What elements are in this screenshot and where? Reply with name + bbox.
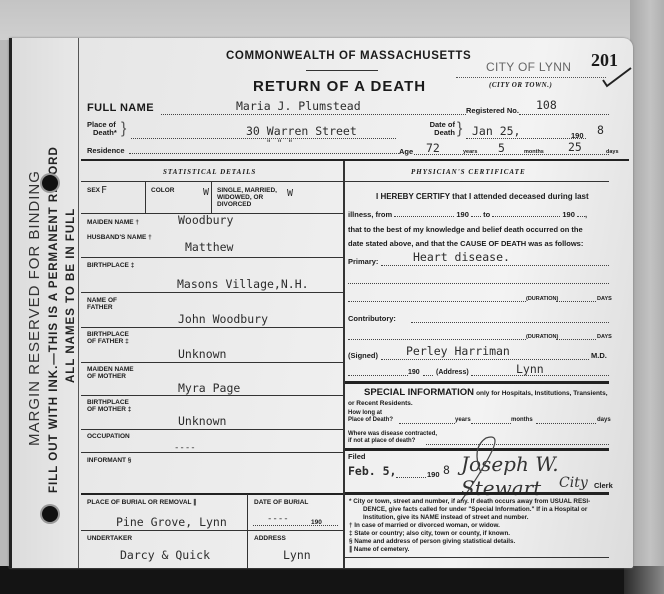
maiden-name-label: MAIDEN NAME † [87, 219, 139, 226]
footnote-1: * City or town, street and number, if an… [349, 498, 590, 506]
duration-line [348, 339, 526, 340]
row-divider [81, 362, 343, 363]
death-certificate: MARGIN RESERVED FOR BINDING FILL OUT WIT… [9, 38, 633, 568]
age-line [414, 154, 609, 155]
city-line [456, 77, 606, 78]
row-divider [81, 181, 343, 182]
footnote-4: § Name and address of person giving stat… [349, 538, 515, 546]
burial-place-value: Pine Grove, Lynn [116, 515, 227, 529]
section-divider [345, 492, 609, 495]
row-divider [345, 557, 609, 558]
row-divider [81, 530, 343, 531]
sex-label: SEX [87, 187, 100, 194]
contributory-label: Contributory: [348, 314, 396, 323]
margin-reserved-text: MARGIN RESERVED FOR BINDING [26, 170, 43, 446]
registered-no-label: Registered No. [466, 106, 519, 115]
place-of-death-value: 30 Warren Street [246, 124, 357, 138]
row-divider [81, 395, 343, 396]
row-divider [81, 327, 343, 328]
section-divider [81, 159, 629, 161]
physician-year-label: 190 [408, 369, 420, 376]
cell-divider [247, 494, 248, 568]
filed-label: Filed [348, 452, 366, 461]
punch-hole-icon [42, 175, 58, 191]
section-divider [81, 493, 343, 495]
physician-certificate-caption: PHYSICIAN'S CERTIFICATE [411, 168, 526, 176]
certify-line-3: that to the best of my knowledge and bel… [348, 225, 583, 234]
color-value: W [203, 187, 209, 198]
primary-cause-value: Heart disease. [413, 250, 510, 264]
row-divider [81, 452, 343, 453]
registered-no-value: 108 [536, 98, 557, 112]
physician-signature: Perley Harriman [406, 344, 510, 358]
filed-year-prefix: 190 [427, 470, 440, 479]
filed-line [396, 477, 426, 478]
mother-birthplace-value: Unknown [178, 414, 226, 428]
duration-days-line [556, 339, 596, 340]
md-label: M.D. [591, 351, 607, 360]
place-of-death-line [131, 138, 396, 139]
statistical-details-caption: STATISTICAL DETAILS [163, 168, 256, 176]
fill-out-instruction: FILL OUT WITH INK.—THIS IS A PERMANENT R… [48, 146, 60, 493]
duration-label: (DURATION) [526, 296, 558, 302]
color-label: COLOR [151, 187, 174, 194]
age-label: Age [399, 147, 413, 156]
cell-divider [145, 181, 146, 213]
column-divider [343, 161, 345, 568]
date-of-death-line [466, 138, 586, 139]
father-name-label: NAME OF FATHER [87, 297, 117, 311]
certify-line-4: date stated above, and that the CAUSE OF… [348, 239, 583, 248]
mother-birthplace-label: BIRTHPLACE OF MOTHER ‡ [87, 399, 131, 413]
full-name-line [161, 114, 466, 115]
father-name-value: John Woodbury [178, 312, 268, 326]
physician-address-value: Lynn [516, 362, 544, 376]
husband-name-value: Matthew [185, 240, 233, 254]
sex-value: F [101, 185, 107, 196]
duration-days-label: DAYS [597, 296, 612, 302]
how-long-years-line [399, 423, 455, 424]
how-long-days-label: days [597, 417, 611, 423]
city-name: CITY OF LYNN [486, 60, 571, 74]
scan-background-corner [624, 566, 664, 594]
place-of-death-label: Place of Death* [87, 121, 117, 137]
binding-margin: MARGIN RESERVED FOR BINDING FILL OUT WIT… [9, 38, 79, 568]
date-year-suffix: 8 [597, 123, 604, 137]
primary-cause-line [381, 265, 609, 266]
registered-no-line [519, 114, 609, 115]
full-name-value: Maria J. Plumstead [236, 99, 361, 113]
residence-line [129, 153, 399, 154]
father-birthplace-label: BIRTHPLACE OF FATHER ‡ [87, 331, 129, 345]
special-info-line-2: or Recent Residents. [348, 399, 413, 408]
physician-address-label: (Address) [436, 369, 469, 376]
birthplace-value: Masons Village,N.H. [177, 277, 309, 291]
informant-label: INFORMANT § [87, 457, 131, 464]
duration-label: (DURATION) [526, 334, 558, 340]
residence-label: Residence [87, 146, 125, 155]
row-divider [81, 257, 343, 258]
marital-status-value: W [287, 188, 293, 199]
full-name-label: FULL NAME [87, 102, 154, 114]
footnote-3: ‡ State or country; also city, town or c… [349, 530, 510, 538]
clerk-label: Clerk [594, 481, 613, 490]
months-label: months [524, 149, 544, 155]
scan-background-top [0, 0, 664, 40]
date-year-prefix: 190 [571, 131, 584, 140]
how-long-label: How long at Place of Death? [348, 410, 393, 424]
age-years: 72 [426, 141, 440, 155]
footnote-2: † In case of married or divorced woman, … [349, 522, 500, 530]
how-long-months-line [471, 423, 511, 424]
burial-date-line [253, 525, 338, 526]
contributory-line [411, 322, 609, 323]
how-long-months-label: months [511, 417, 533, 423]
scan-background-bottom [0, 566, 664, 594]
undertaker-address-value: Lynn [283, 548, 311, 562]
commonwealth-heading: COMMONWEALTH OF MASSACHUSETTS [226, 50, 471, 62]
how-long-years-label: years [455, 417, 471, 423]
form-body: COMMONWEALTH OF MASSACHUSETTS RETURN OF … [81, 38, 629, 568]
heading-divider [306, 70, 378, 71]
cell-divider [211, 181, 212, 213]
where-contracted-label: Where was disease contracted, if not at … [348, 431, 437, 445]
year-line [348, 375, 408, 376]
signed-label: (Signed) [348, 351, 378, 360]
filed-date: Feb. 5, [348, 464, 396, 478]
undertaker-label: UNDERTAKER [87, 535, 132, 542]
year-line [423, 375, 433, 376]
burial-date-year: 190 [311, 519, 322, 526]
footnote-1-cont: Institution, give its NAME instead of st… [363, 514, 529, 522]
scan-background-right [630, 0, 664, 594]
maiden-name-value: Woodbury [178, 213, 233, 227]
husband-name-label: HUSBAND'S NAME † [87, 234, 152, 241]
section-divider [345, 381, 609, 384]
marital-status-label: SINGLE, MARRIED, WIDOWED, OR DIVORCED [217, 187, 287, 208]
undertaker-address-label: ADDRESS [254, 535, 286, 542]
row-divider [345, 181, 609, 182]
age-months: 5 [498, 141, 505, 155]
special-info-heading: SPECIAL INFORMATION only for Hospitals, … [364, 388, 608, 398]
signed-line [381, 359, 589, 360]
residence-value: " " " [266, 139, 293, 149]
footnote-1-cont: DENCE, give facts called for under "Spec… [363, 506, 587, 514]
punch-hole-icon [42, 506, 58, 522]
city-caption: (CITY OR TOWN.) [489, 81, 552, 89]
mother-name-value: Myra Page [178, 381, 240, 395]
father-birthplace-value: Unknown [178, 347, 226, 361]
duration-days-label: DAYS [597, 334, 612, 340]
brace-icon: } [457, 120, 462, 138]
years-label: years [463, 149, 477, 155]
age-days: 25 [568, 140, 582, 154]
undertaker-value: Darcy & Quick [120, 548, 210, 562]
birthplace-label: BIRTHPLACE ‡ [87, 262, 134, 269]
duration-days-line [556, 301, 596, 302]
row-divider [81, 429, 343, 430]
footnote-5: ∥ Name of cemetery. [349, 546, 409, 554]
illness-from-line: illness, from 190 to 190 , [348, 210, 587, 219]
mother-name-label: MAIDEN NAME OF MOTHER [87, 366, 134, 380]
certify-line-1: I HEREBY CERTIFY that I attended decease… [376, 192, 589, 201]
row-divider [81, 292, 343, 293]
clerk-title-handwritten: City [559, 475, 588, 491]
primary-cause-line-2 [348, 283, 609, 284]
burial-date-label: DATE OF BURIAL [254, 499, 308, 506]
form-title: RETURN OF A DEATH [253, 78, 426, 95]
checkmark-icon [601, 66, 633, 88]
all-names-instruction: ALL NAMES TO BE IN FULL [65, 208, 77, 383]
how-long-days-line [536, 423, 596, 424]
occupation-label: OCCUPATION [87, 433, 130, 440]
duration-line [348, 301, 526, 302]
burial-date-value: ---- [267, 514, 289, 524]
brace-icon: } [121, 120, 126, 138]
primary-cause-label: Primary: [348, 257, 378, 266]
date-of-death-label: Date of Death [419, 121, 455, 137]
date-of-death-value: Jan 25, [472, 124, 520, 138]
days-label: days [606, 149, 619, 155]
burial-place-label: PLACE OF BURIAL OR REMOVAL ∥ [87, 499, 196, 506]
